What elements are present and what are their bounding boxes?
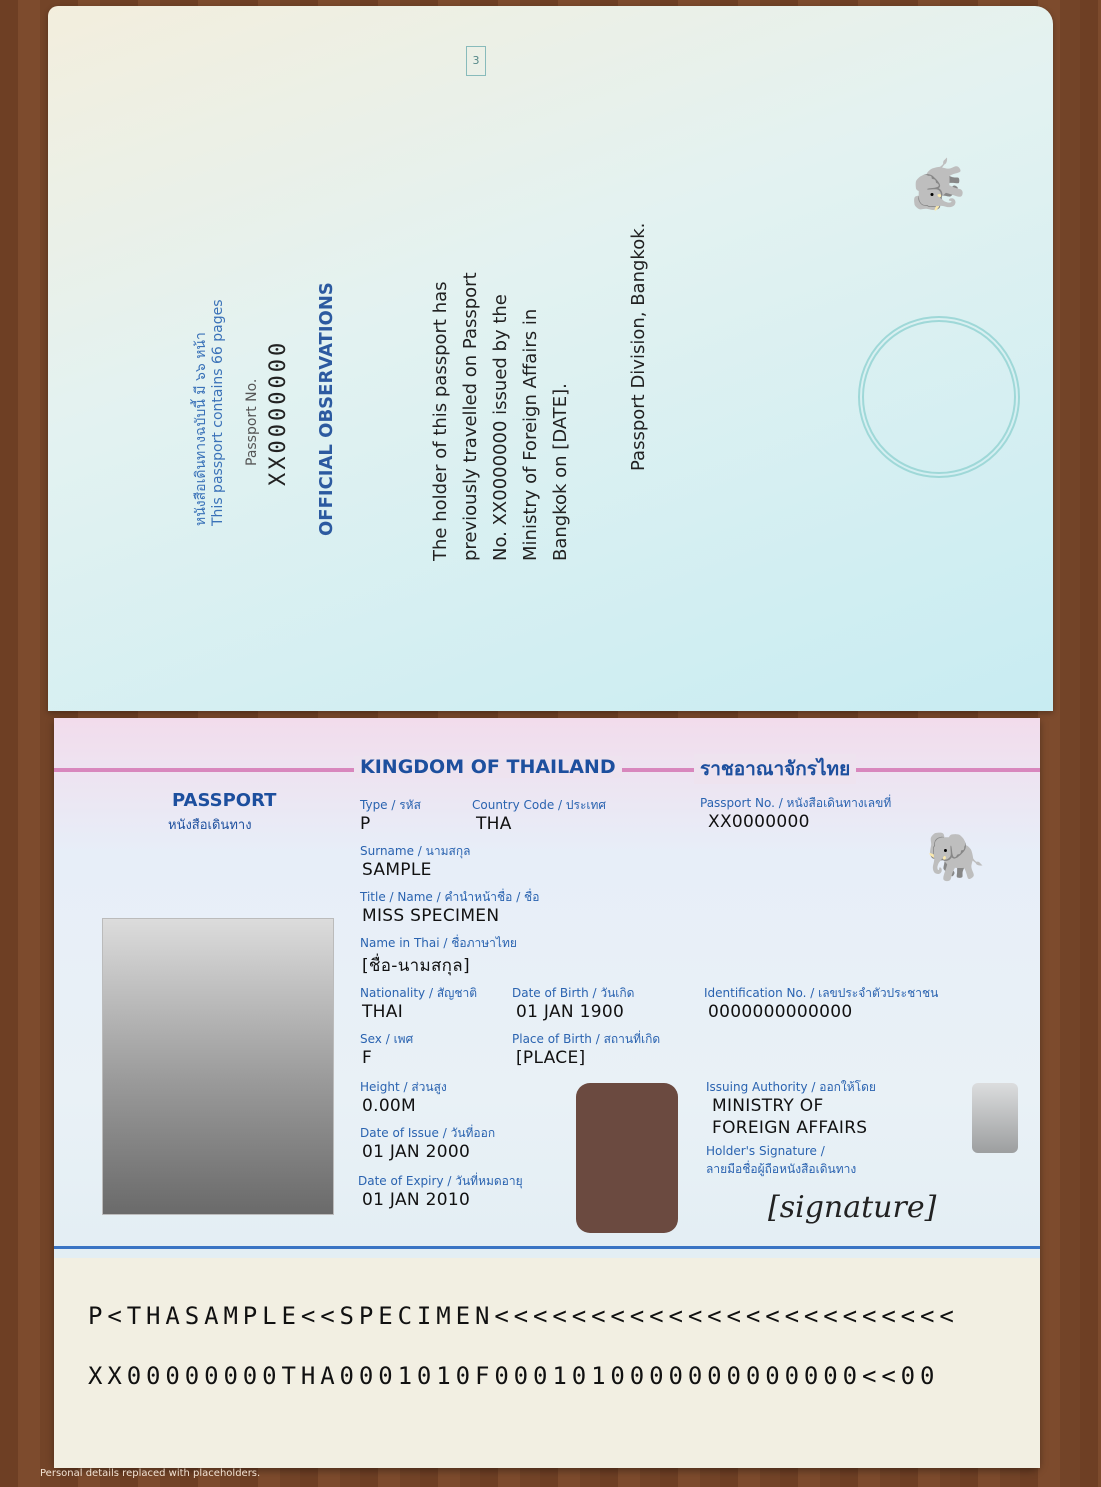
passport-no-label: Passport No. / หนังสือเดินทางเลขที่	[700, 794, 891, 813]
mrz-divider	[54, 1246, 1040, 1249]
signature-label-th: ลายมือชื่อผู้ถือหนังสือเดินทาง	[706, 1160, 856, 1179]
document-label-en: PASSPORT	[172, 790, 276, 811]
nationality-label: Nationality / สัญชาติ	[360, 984, 477, 1003]
dob-label: Date of Birth / วันเกิด	[512, 984, 634, 1003]
observation-line-1: The holder of this passport has	[426, 281, 456, 561]
id-no-value: 0000000000000	[708, 1002, 853, 1022]
expiry-value: 01 JAN 2010	[362, 1190, 470, 1210]
pob-label: Place of Birth / สถานที่เกิด	[512, 1030, 660, 1049]
ghost-image-placeholder	[972, 1083, 1018, 1153]
header-english: KINGDOM OF THAILAND	[354, 756, 622, 778]
passport-booklet: 3 หนังสือเดินทางฉบับนี้ มี ๖๖ หน้า This …	[20, 6, 1040, 1476]
observation-line-2: previously travelled on Passport	[456, 272, 486, 561]
header-thai: ราชอาณาจักรไทย	[694, 754, 856, 784]
thai-name-label: Name in Thai / ชื่อภาษาไทย	[360, 934, 517, 953]
data-page-visual-zone: KINGDOM OF THAILAND ราชอาณาจักรไทย PASSP…	[54, 718, 1040, 1258]
sex-value: F	[362, 1048, 372, 1068]
data-page: KINGDOM OF THAILAND ราชอาณาจักรไทย PASSP…	[54, 718, 1040, 1468]
sex-label: Sex / เพศ	[360, 1030, 413, 1049]
expiry-label: Date of Expiry / วันที่หมดอายุ	[358, 1172, 523, 1191]
given-names-value: MISS SPECIMEN	[362, 906, 499, 926]
id-no-label: Identification No. / เลขประจำตัวประชาชน	[704, 984, 938, 1003]
authority-value-2: FOREIGN AFFAIRS	[712, 1118, 867, 1138]
elephant-emblem-icon: 🐘	[926, 828, 986, 885]
pob-value: [PLACE]	[516, 1048, 585, 1068]
country-label: Country Code / ประเทศ	[472, 796, 606, 815]
surname-value: SAMPLE	[362, 860, 432, 880]
authority-value-1: MINISTRY OF	[712, 1096, 824, 1116]
authority-label: Issuing Authority / ออกให้โดย	[706, 1078, 876, 1097]
pages-thai: หนังสือเดินทางฉบับนี้ มี ๖๖ หน้า	[190, 332, 212, 526]
passport-no-label: Passport No.	[244, 379, 260, 466]
issuer-line: Passport Division, Bangkok.	[624, 223, 654, 471]
surname-label: Surname / นามสกุล	[360, 842, 470, 861]
security-window	[576, 1083, 678, 1233]
holder-signature: [signature]	[768, 1190, 936, 1225]
height-label: Height / ส่วนสูง	[360, 1078, 447, 1097]
type-value: P	[360, 814, 371, 834]
issue-value: 01 JAN 2000	[362, 1142, 470, 1162]
page-number: 3	[466, 46, 486, 76]
mrz-line-2: XX00000000THA0001010F0001010000000000000…	[88, 1362, 939, 1390]
observation-line-4: Ministry of Foreign Affairs in	[516, 309, 546, 561]
type-label: Type / รหัส	[360, 796, 421, 815]
mrz-line-1: P<THASAMPLE<<SPECIMEN<<<<<<<<<<<<<<<<<<<…	[88, 1302, 959, 1330]
official-observations-title: OFFICIAL OBSERVATIONS	[316, 282, 337, 536]
holder-photo-placeholder	[102, 918, 334, 1215]
passport-no-value: XX0000000	[708, 812, 810, 832]
machine-readable-zone: P<THASAMPLE<<SPECIMEN<<<<<<<<<<<<<<<<<<<…	[54, 1258, 1040, 1468]
elephant-emblem-icon: 🐘	[909, 155, 966, 215]
issue-label: Date of Issue / วันที่ออก	[360, 1124, 495, 1143]
observations-page: 3 หนังสือเดินทางฉบับนี้ มี ๖๖ หน้า This …	[48, 6, 1053, 711]
given-names-label: Title / Name / คำนำหน้าชื่อ / ชื่อ	[360, 888, 539, 907]
thai-name-value: [ชื่อ-นามสกุล]	[362, 952, 470, 979]
document-label-th: หนังสือเดินทาง	[168, 814, 252, 835]
placeholder-notice: Personal details replaced with placehold…	[40, 1468, 260, 1479]
nationality-value: THAI	[362, 1002, 403, 1022]
seal-icon	[858, 316, 1020, 478]
country-value: THA	[476, 814, 512, 834]
passport-no-top: XX0000000	[266, 340, 291, 486]
signature-label-en: Holder's Signature /	[706, 1144, 825, 1158]
dob-value: 01 JAN 1900	[516, 1002, 624, 1022]
height-value: 0.00M	[362, 1096, 416, 1116]
observation-line-5: Bangkok on [DATE].	[546, 383, 576, 561]
pages-en: This passport contains 66 pages	[210, 300, 226, 527]
observation-line-3: No. XX0000000 issued by the	[486, 294, 516, 561]
